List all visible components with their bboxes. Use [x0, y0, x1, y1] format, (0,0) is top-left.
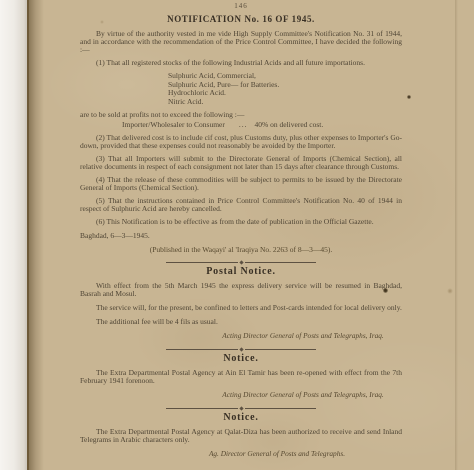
rate-value: 40% on delivered cost.	[255, 120, 324, 129]
postal-notice-paragraph: The additional fee will be 4 fils as usu…	[80, 318, 402, 326]
postal-notice-paragraph: With effect from the 5th March 1945 the …	[80, 282, 402, 298]
notification-title: NOTIFICATION No. 16 OF 1945.	[80, 15, 402, 23]
rate-line: Importer/Wholesaler to Consumer...40% on…	[122, 121, 402, 129]
rate-dots: ...	[239, 120, 248, 129]
acids-list: Sulphuric Acid, Commercial, Sulphuric Ac…	[168, 72, 402, 106]
clause-4: (4) That the release of these commoditie…	[80, 176, 402, 192]
notice-paragraph: The Extra Departmental Postal Agency at …	[80, 428, 402, 444]
notice-heading: Notice.	[80, 355, 402, 363]
acid-item: Hydrochloric Acid.	[168, 89, 402, 98]
place-date: Baghdad, 6—3—1945.	[80, 232, 402, 240]
signature-block: Acting Director General of Posts and Tel…	[218, 332, 388, 341]
page-content: 146 NOTIFICATION No. 16 OF 1945. By virt…	[80, 2, 402, 468]
section-divider	[166, 348, 316, 351]
signature-block: Acting Director General of Posts and Tel…	[218, 391, 388, 400]
diamond-icon	[239, 406, 243, 410]
notice-heading: Notice.	[80, 414, 402, 422]
page-binding-edge	[29, 0, 44, 470]
section-divider	[166, 261, 316, 264]
foxing-spot	[407, 95, 411, 99]
foxing-spot	[447, 288, 453, 294]
acid-item: Nitric Acid.	[168, 98, 402, 107]
clause-5: (5) That the instructions contained in P…	[80, 197, 402, 213]
page-fold-line	[455, 0, 458, 470]
section-divider	[166, 407, 316, 410]
signature-block: Ag. Director General of Posts and Telegr…	[152, 450, 402, 459]
scanned-page: 146 NOTIFICATION No. 16 OF 1945. By virt…	[0, 0, 474, 470]
notice-paragraph: The Extra Departmental Postal Agency at …	[80, 369, 402, 385]
diamond-icon	[239, 261, 243, 265]
page-number: 146	[80, 2, 402, 10]
clause-1: (1) That all registered stocks of the fo…	[80, 59, 402, 67]
postal-notice-heading: Postal Notice.	[80, 268, 402, 276]
postal-notice-paragraph: The service will, for the present, be co…	[80, 304, 402, 312]
profit-limit-line: are to be sold at profits not to exceed …	[80, 111, 402, 119]
rate-label: Importer/Wholesaler to Consumer	[122, 120, 225, 129]
notification-intro: By virtue of the authority vested in me …	[80, 30, 402, 54]
clause-6: (6) This Notification is to be effective…	[80, 218, 402, 226]
clause-3: (3) That all Importers will submit to th…	[80, 155, 402, 171]
publication-note: (Published in the Waqayi' al 'Iraqiya No…	[80, 246, 402, 254]
diamond-icon	[239, 347, 243, 351]
clause-2: (2) That delivered cost is to include ci…	[80, 134, 402, 150]
